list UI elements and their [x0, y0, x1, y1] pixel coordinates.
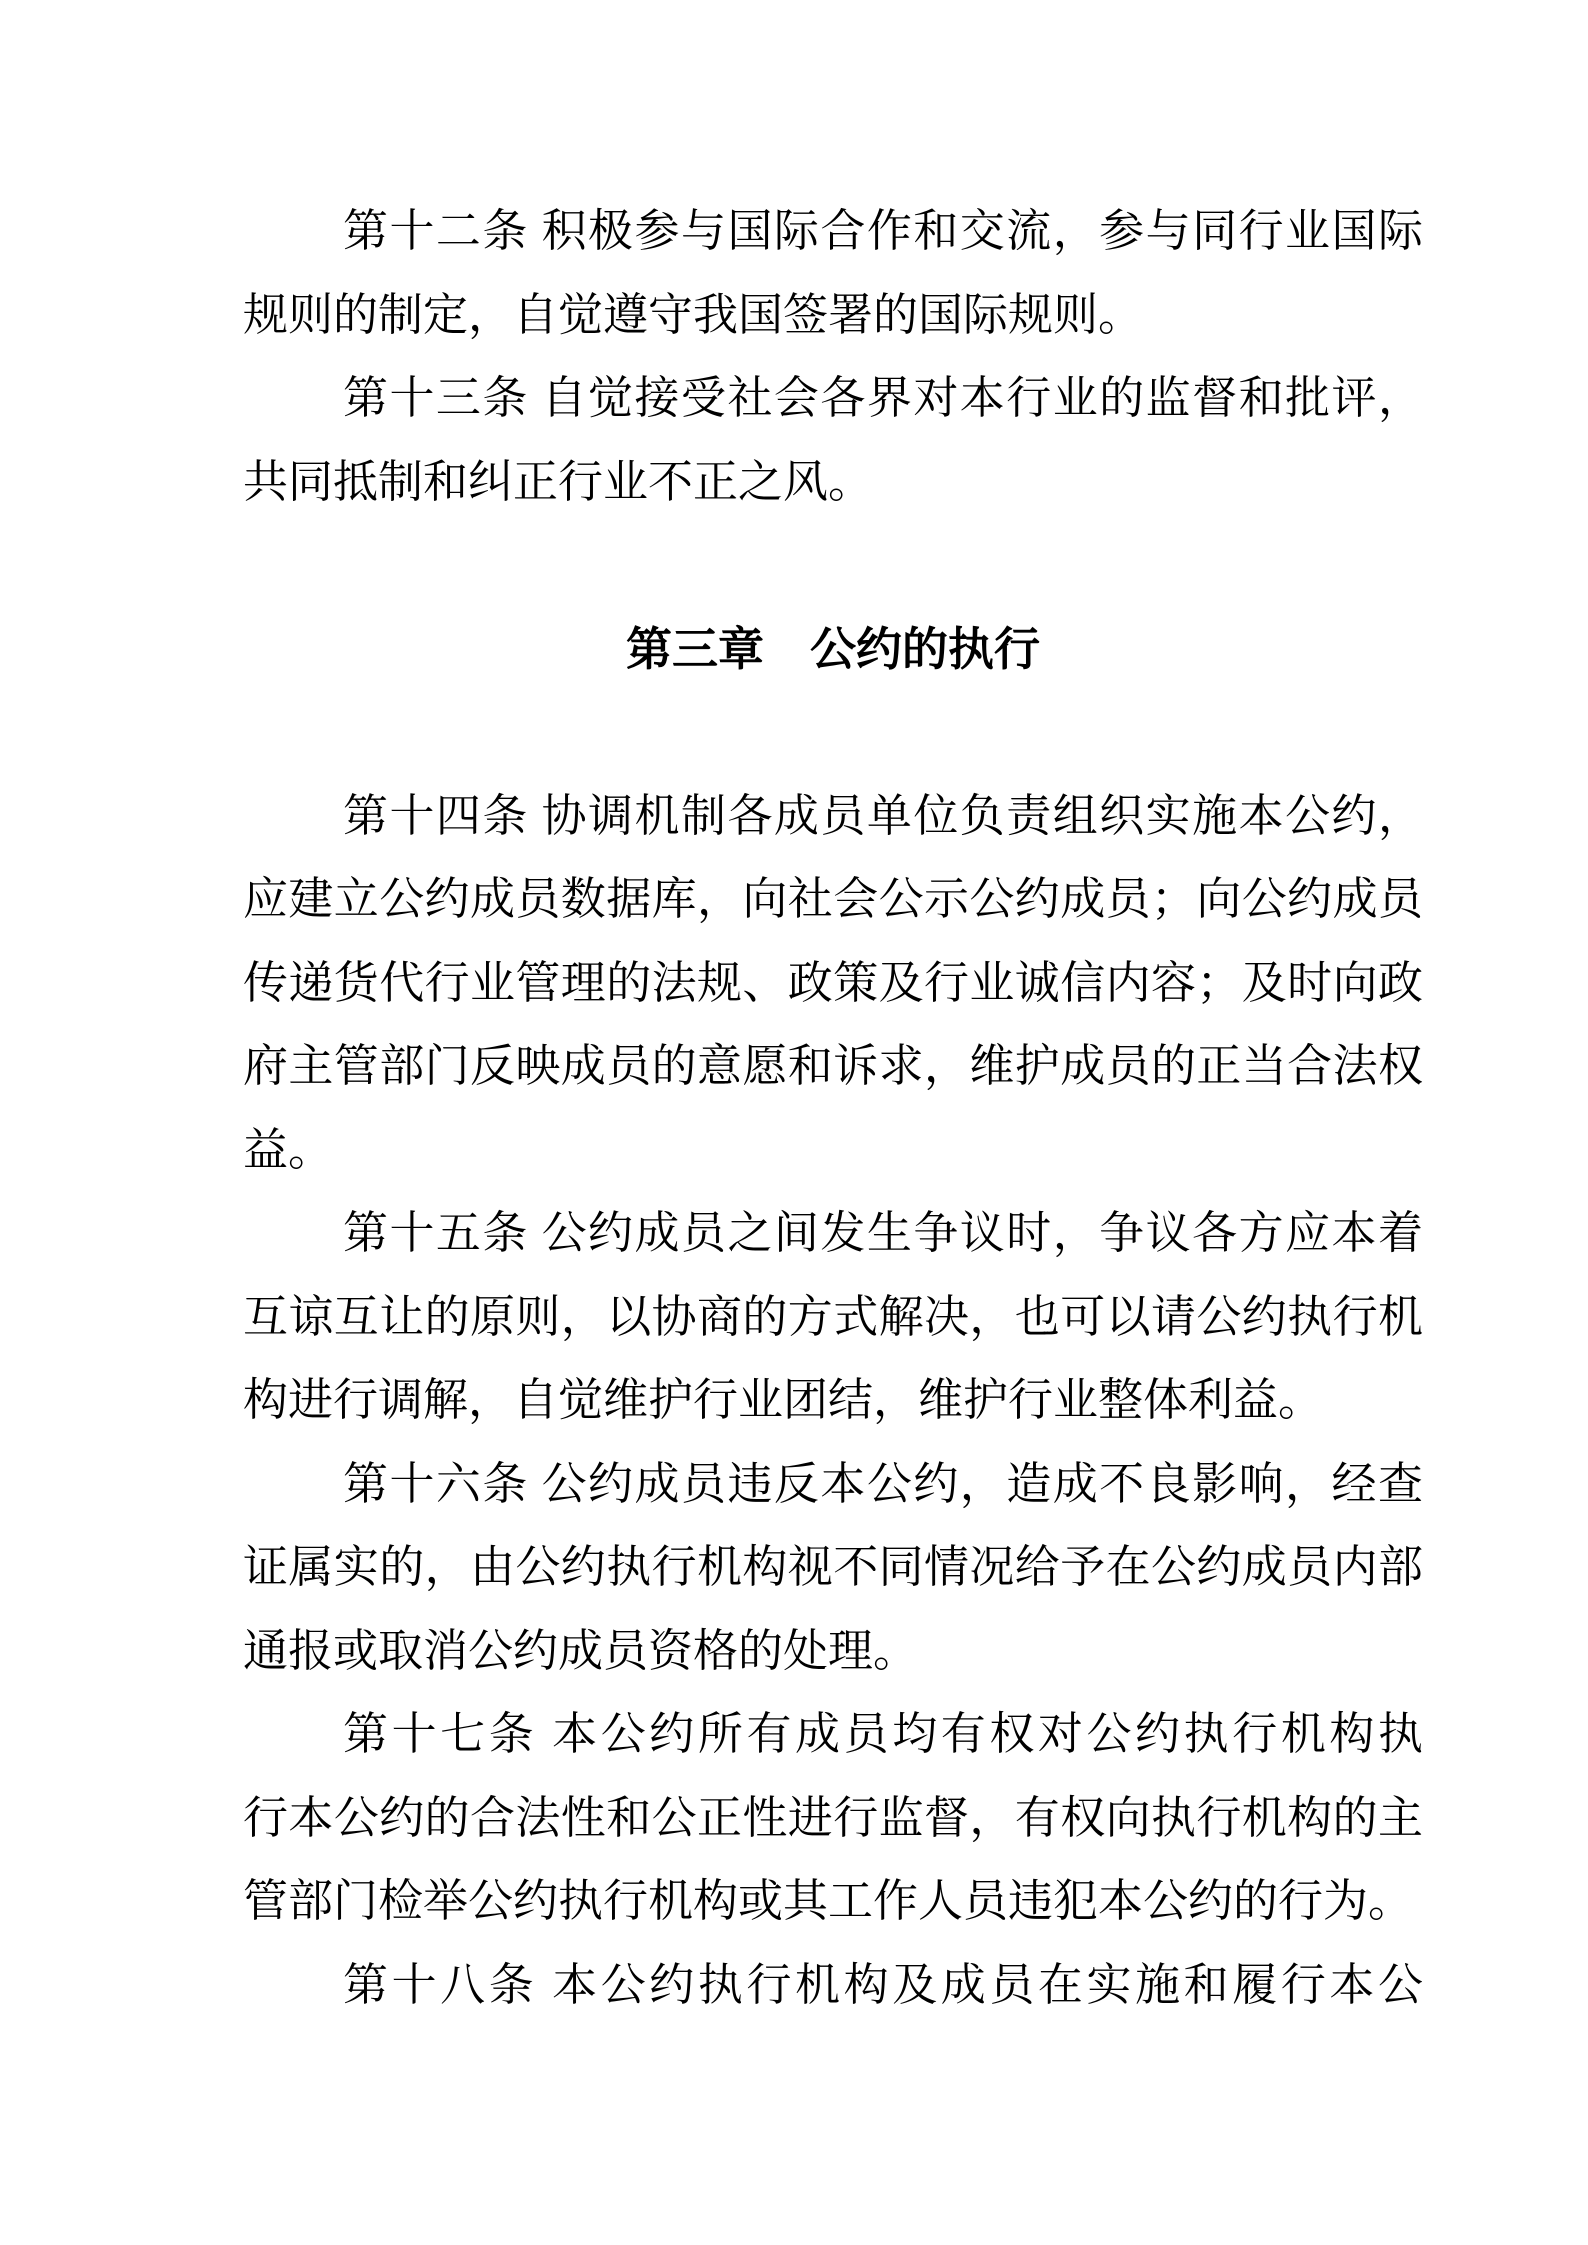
document-text: 第十二条 积极参与国际合作和交流，参与同行业国际规则的制定，自觉遵守我国签署的国… — [243, 190, 1423, 2027]
text-line: 第十六条 公约成员违反本公约，造成不良影响，经查 — [243, 1443, 1423, 1527]
text-line: 第十四条 协调机制各成员单位负责组织实施本公约， — [243, 775, 1423, 859]
text-line: 通报或取消公约成员资格的处理。 — [243, 1610, 1423, 1694]
text-line: 规则的制定，自觉遵守我国签署的国际规则。 — [243, 274, 1423, 358]
text-line: 管部门检举公约执行机构或其工作人员违犯本公约的行为。 — [243, 1860, 1423, 1944]
text-line: 证属实的，由公约执行机构视不同情况给予在公约成员内部 — [243, 1526, 1423, 1610]
text-line: 第十三条 自觉接受社会各界对本行业的监督和批评， — [243, 357, 1423, 441]
text-line: 互谅互让的原则，以协商的方式解决，也可以请公约执行机 — [243, 1276, 1423, 1360]
document-page: 第十二条 积极参与国际合作和交流，参与同行业国际规则的制定，自觉遵守我国签署的国… — [0, 0, 1588, 2245]
text-line: 传递货代行业管理的法规、政策及行业诚信内容；及时向政 — [243, 942, 1423, 1026]
text-line: 应建立公约成员数据库，向社会公示公约成员；向公约成员 — [243, 858, 1423, 942]
chapter-heading: 第三章 公约的执行 — [243, 608, 1423, 692]
text-line: 第十七条 本公约所有成员均有权对公约执行机构执 — [243, 1693, 1423, 1777]
text-line: 府主管部门反映成员的意愿和诉求，维护成员的正当合法权 — [243, 1025, 1423, 1109]
text-line: 共同抵制和纠正行业不正之风。 — [243, 441, 1423, 525]
text-line: 构进行调解，自觉维护行业团结，维护行业整体利益。 — [243, 1359, 1423, 1443]
text-line: 益。 — [243, 1109, 1423, 1193]
text-line: 第十二条 积极参与国际合作和交流，参与同行业国际 — [243, 190, 1423, 274]
text-line: 第十五条 公约成员之间发生争议时，争议各方应本着 — [243, 1192, 1423, 1276]
text-line: 第十八条 本公约执行机构及成员在实施和履行本公 — [243, 1944, 1423, 2028]
text-line: 行本公约的合法性和公正性进行监督，有权向执行机构的主 — [243, 1777, 1423, 1861]
